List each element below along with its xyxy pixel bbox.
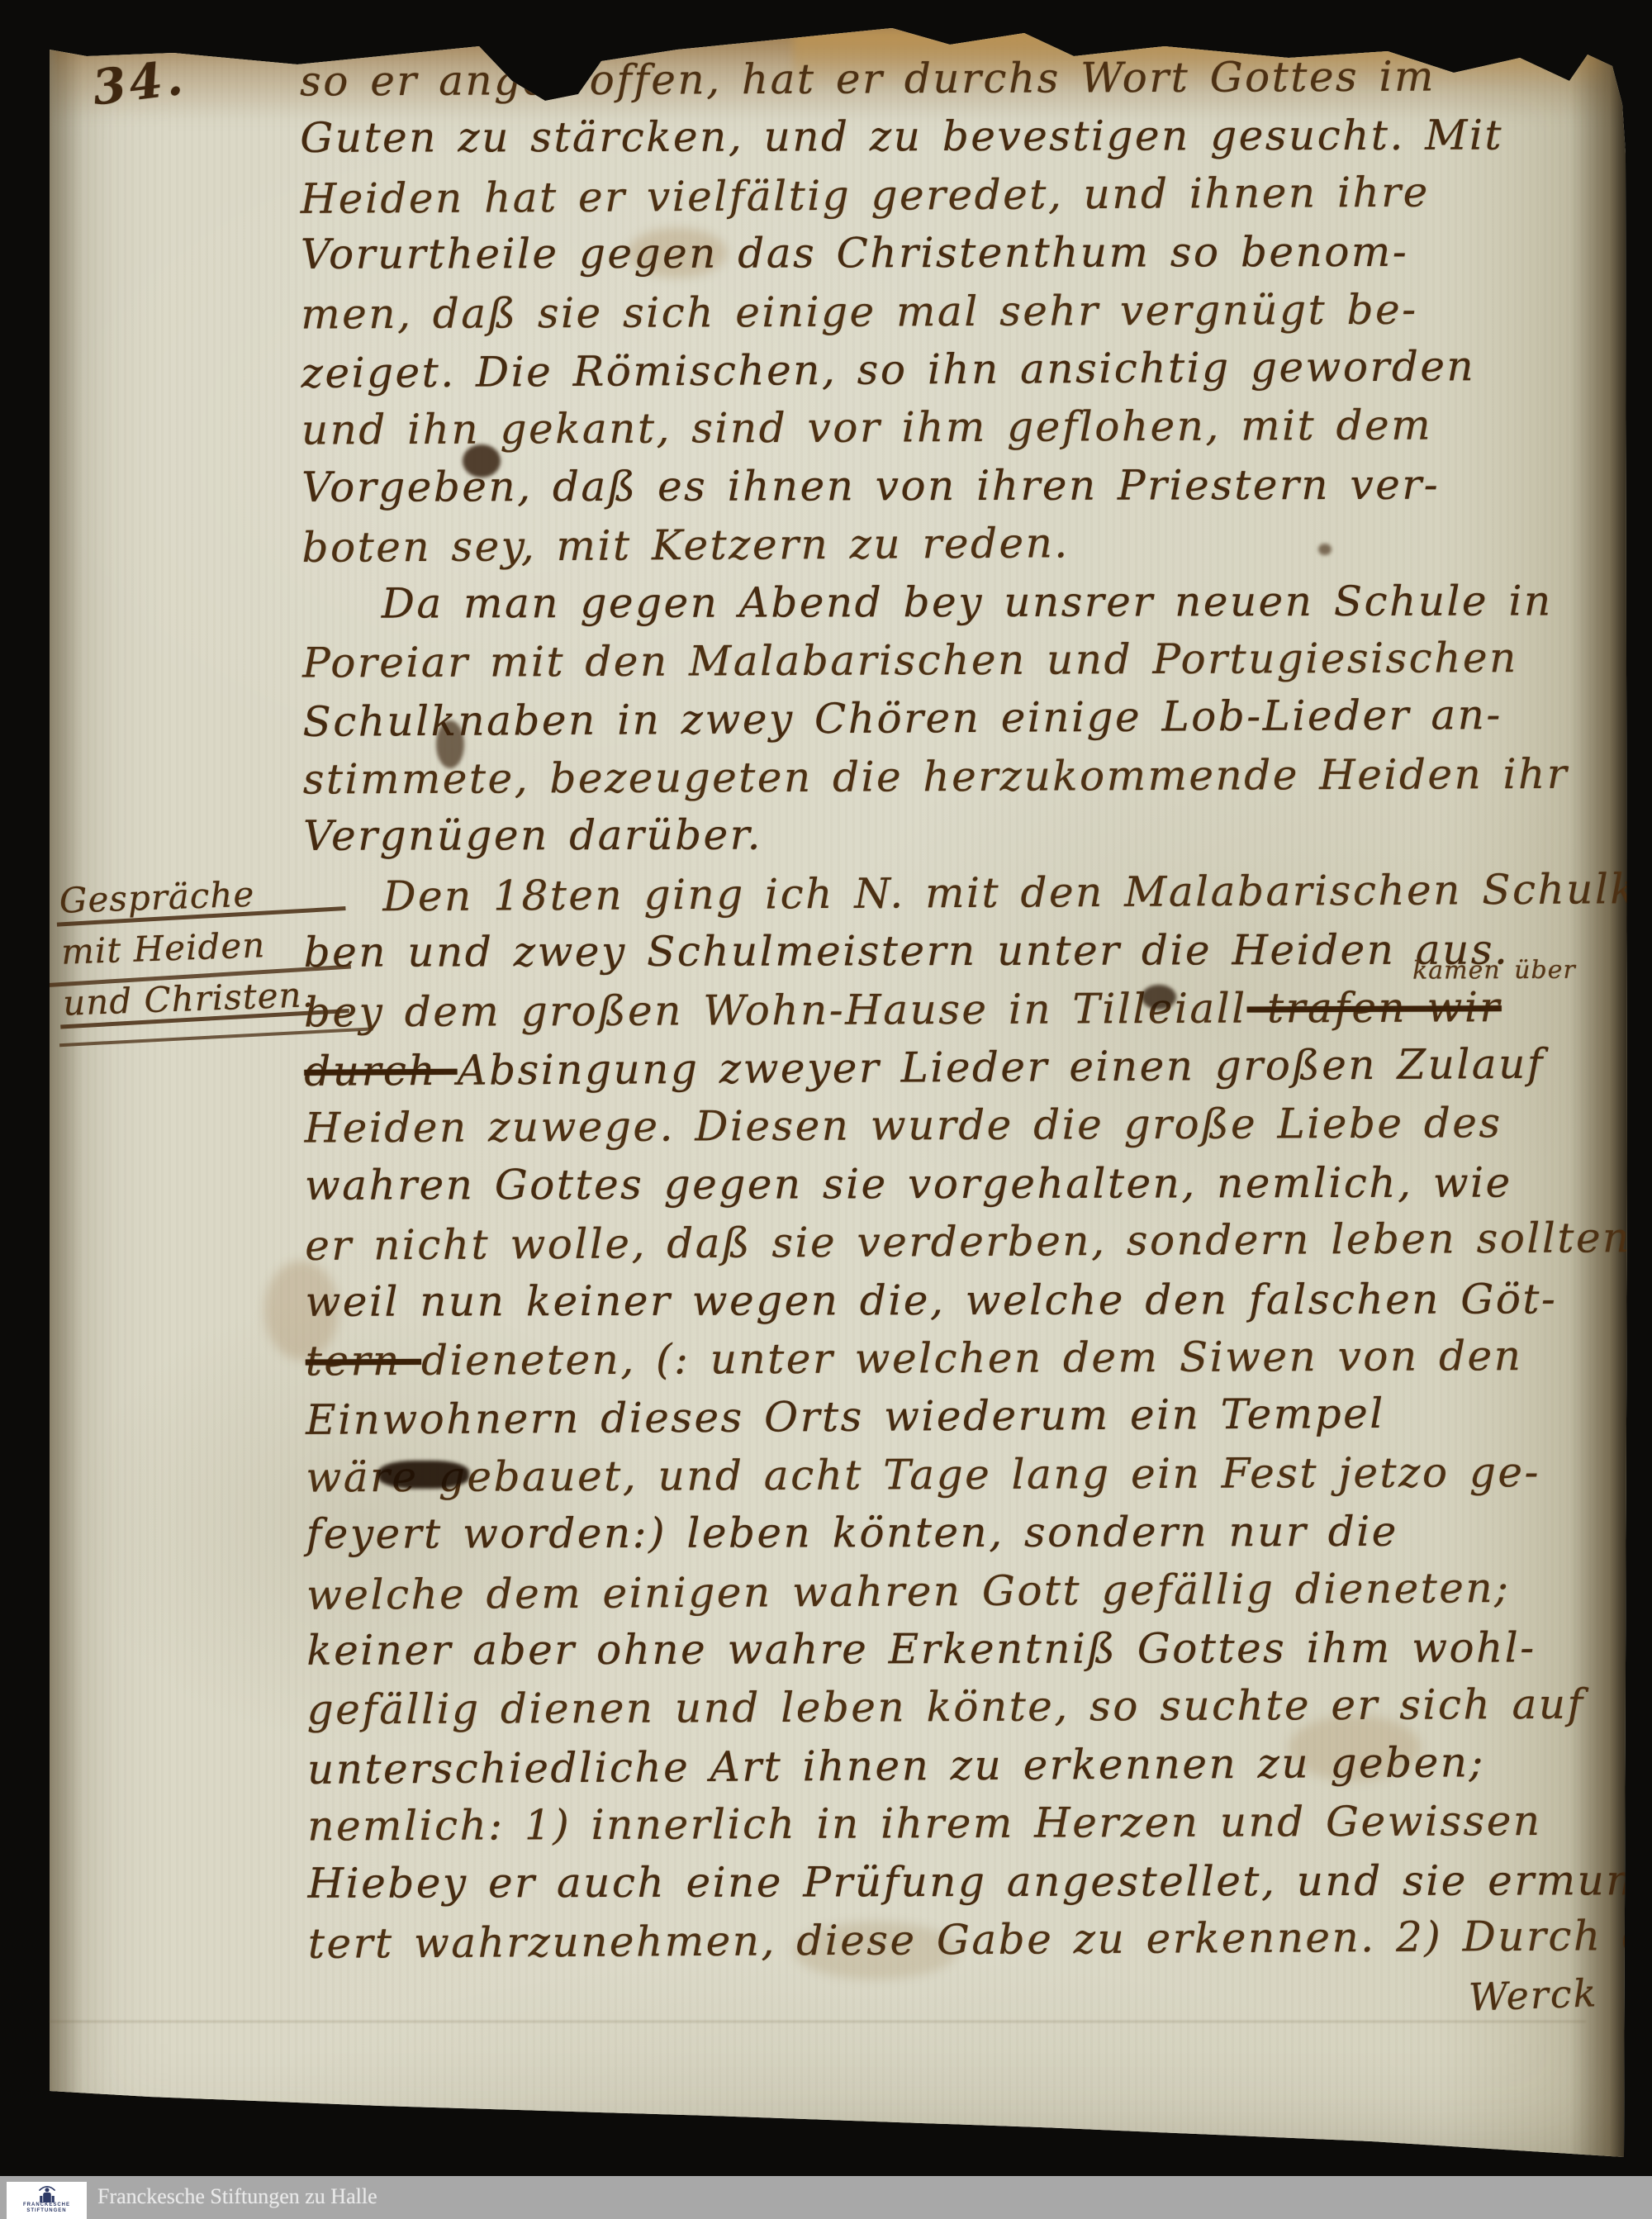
line-text: Poreiar mit den Malabarischen und Portug… bbox=[302, 634, 1518, 687]
manuscript-line: men, daß sie sich einige mal sehr vergnü… bbox=[301, 279, 1622, 343]
line-text: Heiden zuwege. Diesen wurde die große Li… bbox=[304, 1099, 1502, 1152]
manuscript-line: bey dem großen Wohn-Hause in Tilleiall t… bbox=[304, 977, 1626, 1041]
struck-word: tern bbox=[306, 1337, 421, 1385]
line-text: Guten zu stärcken, und zu bevestigen ges… bbox=[300, 112, 1503, 162]
margin-note-line: mit Heiden bbox=[60, 917, 335, 977]
francke-foundations-logo-icon bbox=[33, 2183, 61, 2202]
struck-word: trafen wir bbox=[1247, 983, 1502, 1032]
line-text: Vorurtheile gegen das Christenthum so be… bbox=[301, 228, 1408, 278]
manuscript-line: so er angetroffen, hat er durchs Wort Go… bbox=[300, 47, 1621, 111]
page-number: 34. bbox=[89, 49, 188, 116]
manuscript-line: Einwohnern dieses Orts wiederum ein Temp… bbox=[306, 1383, 1627, 1449]
line-text: zeiget. Die Römischen, so ihn ansichtig … bbox=[301, 342, 1475, 397]
manuscript-line: Heiden hat er vielfältig geredet, und ih… bbox=[300, 162, 1621, 228]
line-text: Schulknaben in zwey Chören einige Lob-Li… bbox=[302, 691, 1502, 746]
manuscript-page: 34. Gesprächemit Heidenund Christen. so … bbox=[50, 21, 1627, 2163]
scan-viewport: { "page": { "page_number": "34.", "margi… bbox=[0, 0, 1652, 2219]
manuscript-line: Vorurtheile gegen das Christenthum so be… bbox=[301, 222, 1622, 283]
line-text: bey dem großen Wohn-Hause in Tilleiall bbox=[304, 984, 1247, 1036]
watermark-bar: FRANCKESCHESTIFTUNGEN Franckesche Stiftu… bbox=[0, 2176, 1652, 2219]
watermark-label: Franckesche Stiftungen zu Halle bbox=[97, 2184, 377, 2209]
line-text: Hiebey er auch eine Prüfung angestellet,… bbox=[308, 1856, 1651, 1908]
manuscript-line: boten sey, mit Ketzern zu reden. bbox=[301, 511, 1623, 577]
ink-blot bbox=[1142, 985, 1176, 1010]
line-text: boten sey, mit Ketzern zu reden. bbox=[301, 519, 1070, 572]
line-text: nemlich: 1) innerlich in ihrem Herzen un… bbox=[307, 1797, 1541, 1851]
manuscript-text: so er angetroffen, hat er durchs Wort Go… bbox=[300, 47, 1630, 1972]
line-text: stimmete, bezeugeten die herzukommende H… bbox=[303, 750, 1569, 804]
line-text: Absingung zweyer Lieder einen großen Zul… bbox=[457, 1040, 1545, 1095]
margin-note-line: Gespräche bbox=[59, 866, 333, 926]
logo-caption-line: STIFTUNGEN bbox=[23, 2208, 70, 2214]
line-text: unterschiedliche Art ihnen zu erkennen z… bbox=[307, 1738, 1485, 1794]
line-text: weil nun keiner wegen die, welche den fa… bbox=[305, 1275, 1557, 1325]
line-text: gefällig dienen und leben könte, so such… bbox=[307, 1680, 1585, 1734]
line-text: Den 18ten ging ich N. mit den Malabarisc… bbox=[382, 864, 1652, 920]
manuscript-line: stimmete, bezeugeten die herzukommende H… bbox=[303, 744, 1625, 808]
paper-fold-line bbox=[50, 2021, 1586, 2022]
line-text: Da man gegen Abend bey unsrer neuen Schu… bbox=[382, 577, 1553, 627]
line-text: keiner aber ohne wahre Erkentniß Gottes … bbox=[306, 1623, 1536, 1674]
manuscript-line: unterschiedliche Art ihnen zu erkennen z… bbox=[307, 1732, 1629, 1798]
line-text: Einwohnern dieses Orts wiederum ein Temp… bbox=[306, 1390, 1385, 1444]
line-text: so er angetroffen, hat er durchs Wort Go… bbox=[300, 53, 1436, 106]
manuscript-line: tert wahrzunehmen, diese Gabe zu erkenne… bbox=[308, 1907, 1630, 1973]
manuscript-line: durch Absingung zweyer Lieder einen groß… bbox=[304, 1034, 1626, 1100]
margin-note: Gesprächemit Heidenund Christen. bbox=[59, 866, 336, 1029]
manuscript-line: weil nun keiner wegen die, welche den fa… bbox=[305, 1270, 1626, 1331]
line-text: ben und zwey Schulmeistern unter die Hei… bbox=[304, 926, 1510, 976]
interlinear-insertion: kamen über bbox=[1412, 957, 1576, 983]
line-text: Vergnügen darüber. bbox=[303, 811, 762, 860]
line-text: Heiden hat er vielfältig geredet, und ih… bbox=[301, 168, 1430, 222]
manuscript-line: wäre gebauet, und acht Tage lang ein Fes… bbox=[306, 1442, 1627, 1506]
line-text: men, daß sie sich einige mal sehr vergnü… bbox=[301, 285, 1417, 338]
line-text: dieneten, (: unter welchen dem Siwen von… bbox=[421, 1332, 1523, 1385]
manuscript-line: Schulknaben in zwey Chören einige Lob-Li… bbox=[302, 686, 1624, 752]
manuscript-line: und ihn gekant, sind vor ihm geflohen, m… bbox=[301, 396, 1623, 459]
manuscript-line: keiner aber ohne wahre Erkentniß Gottes … bbox=[306, 1618, 1628, 1680]
manuscript-line: Heiden zuwege. Diesen wurde die große Li… bbox=[304, 1094, 1626, 1157]
manuscript-line: Da man gegen Abend bey unsrer neuen Schu… bbox=[302, 572, 1624, 633]
line-text: wäre gebauet, und acht Tage lang ein Fes… bbox=[306, 1448, 1540, 1502]
struck-word: durch bbox=[304, 1047, 458, 1095]
manuscript-line: feyert worden:) leben könten, sondern nu… bbox=[306, 1502, 1628, 1563]
manuscript-line: Guten zu stärcken, und zu bevestigen ges… bbox=[300, 107, 1621, 168]
manuscript-line: wahren Gottes gegen sie vorgehalten, nem… bbox=[305, 1153, 1626, 1214]
manuscript-line: Vergnügen darüber. bbox=[303, 804, 1625, 865]
ink-blot bbox=[436, 720, 464, 768]
manuscript-line: gefällig dienen und leben könte, so such… bbox=[307, 1675, 1629, 1739]
manuscript-line: er nicht wolle, daß sie verderben, sonde… bbox=[305, 1209, 1626, 1275]
line-text: feyert worden:) leben könten, sondern nu… bbox=[306, 1508, 1398, 1558]
manuscript-line: Poreiar mit den Malabarischen und Portug… bbox=[302, 629, 1624, 692]
manuscript-line: nemlich: 1) innerlich in ihrem Herzen un… bbox=[307, 1792, 1629, 1856]
ink-blot bbox=[463, 444, 501, 478]
logo-caption: FRANCKESCHESTIFTUNGEN bbox=[23, 2202, 70, 2214]
margin-note-line: und Christen. bbox=[62, 968, 336, 1029]
manuscript-line: zeiget. Die Römischen, so ihn ansichtig … bbox=[301, 336, 1622, 402]
line-text: er nicht wolle, daß sie verderben, sonde… bbox=[305, 1214, 1631, 1270]
manuscript-line: welche dem einigen wahren Gott gefällig … bbox=[306, 1558, 1628, 1624]
left-edge-shadow bbox=[50, 21, 83, 2163]
ink-blot bbox=[1318, 544, 1332, 555]
line-text: tert wahrzunehmen, diese Gabe zu erkenne… bbox=[308, 1912, 1652, 1968]
catchword: Werck bbox=[1468, 1970, 1598, 2019]
institution-logo: FRANCKESCHESTIFTUNGEN bbox=[7, 2182, 87, 2219]
manuscript-line: Den 18ten ging ich N. mit den Malabarisc… bbox=[303, 860, 1625, 926]
manuscript-line: Hiebey er auch eine Prüfung angestellet,… bbox=[308, 1851, 1630, 1913]
ink-blot bbox=[378, 1461, 469, 1489]
line-text: welche dem einigen wahren Gott gefällig … bbox=[306, 1564, 1511, 1619]
manuscript-line: tern dieneten, (: unter welchen dem Siwe… bbox=[306, 1326, 1627, 1390]
line-text: wahren Gottes gegen sie vorgehalten, nem… bbox=[305, 1158, 1512, 1209]
logo-caption-line: FRANCKESCHE bbox=[23, 2202, 70, 2208]
